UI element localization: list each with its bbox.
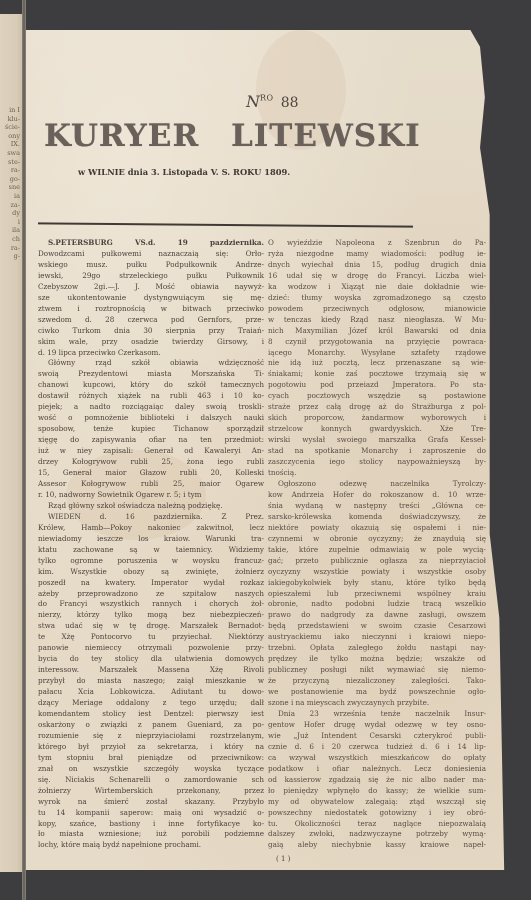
- text-line: szwedom d. 28 czerwca pod Gernfors, prze…: [38, 315, 264, 326]
- text-line: my od obywatelow zalegaią: ztąd wszczął …: [268, 797, 486, 808]
- text-line: nie idą iuż pocztą, lecz przenaszane są …: [268, 358, 486, 369]
- text-line: lochy, które maią bydź napełnione procha…: [38, 840, 264, 851]
- left-column: S.PETERSBURG VS.d. 19 pazdziernika.Dowod…: [38, 238, 264, 851]
- text-line: nierzy, którzy tylko mogą bez niebezpiec…: [38, 610, 264, 621]
- text-line: opieszałemi lub przeciwnemi wspólney kra…: [268, 589, 486, 600]
- text-line: dalszey zwłoki, nadzwyczayne potrzeby wy…: [268, 829, 486, 840]
- text-line: ciwko Turkom dnia 30 sierpnia przy Traia…: [38, 326, 264, 337]
- text-line: wskiego musz. pułku Podpułkownik Andrze-: [38, 260, 264, 271]
- text-line: r. 10, nadworny Sowietnik Ogarew r. 5; i…: [38, 490, 264, 501]
- text-line: xięgę do zapisywania ofiar na ten przedm…: [38, 435, 264, 446]
- text-line: komendantem stolicy iest Dentzel: pierws…: [38, 709, 264, 720]
- text-line: oyczyzny wszystkie powiaty i wszystkie o…: [268, 567, 486, 578]
- text-line: skich proporcow, żandarmow wyborowych i: [268, 413, 486, 424]
- text-line: ło miasta wzniesione; iuż porobili podzi…: [38, 829, 264, 840]
- prev-page-fragment: ch: [2, 235, 20, 243]
- text-line: się. Niciakis Schenarelli o zamordowanie…: [38, 775, 264, 786]
- text-line: cznie d. 6 i 20 czerwca tudzież d. 6 i 1…: [268, 742, 486, 753]
- text-line: sarsko-królewska komenda doświadczywszy,…: [268, 512, 486, 523]
- text-line: Dnia 23 września tenże naczelnik Insur-: [268, 709, 486, 720]
- text-line: Rząd główny szkoł oświadcza należną podz…: [38, 501, 264, 512]
- text-line: zaszczycenia iego stolicy naypoważnieysz…: [268, 457, 486, 468]
- text-line: trzebni. Opłata zaległego żołdu nastąpi …: [268, 643, 486, 654]
- text-line: austryackiemu iako nieczynni i kraiowi n…: [268, 632, 486, 643]
- text-line: podatkow i ofiar należnych. Lecz doniesi…: [268, 764, 486, 775]
- text-line: Ogłoszono odezwę naczelnika Tyrolczy-: [268, 479, 486, 490]
- text-line: gać; przeto publicznie ogłasza za nieprz…: [268, 556, 486, 567]
- text-line: 15, Generał maior Głazow rubli 20, Kolle…: [38, 468, 264, 479]
- text-line: będą przedstawieni w swoim czasie Cesarz…: [268, 621, 486, 632]
- prev-page-fragment: i: [2, 218, 20, 226]
- text-line: sze ukontentowanie dystyngwuiącym się mę…: [38, 293, 264, 304]
- text-line: tylko ogromne poruszenia w woysku francu…: [38, 556, 264, 567]
- text-line: strzelcow konnych gwardyyskich. Xże Tre-: [268, 424, 486, 435]
- prev-page-fragment: go-: [2, 175, 20, 183]
- text-line: straże przez całą drogę aż do Strażburga…: [268, 402, 486, 413]
- prev-page-fragment: ście-: [2, 123, 20, 131]
- text-line: ryża niezgodne mamy wiadomości: podług i…: [268, 249, 486, 260]
- text-line: interessow. Marszałek Massena Xżę Rivoli: [38, 665, 264, 676]
- text-line: ztwem i roztropnością w bitwach przeciwk…: [38, 304, 264, 315]
- text-line: skim wale, przy osadzie twierdzy Girsowy…: [38, 337, 264, 348]
- text-line: kopy, szańce, bastiony i inne fortyfikac…: [38, 819, 264, 830]
- text-line: ażeby przeprowadzono ze szpitalow naszyc…: [38, 589, 264, 600]
- text-line: do Francyi wszystkich rannych i chorych …: [38, 599, 264, 610]
- text-line: te Xżę Pontocorvo tu przyiechał. Niektór…: [38, 632, 264, 643]
- prev-page-fragment: IX.: [2, 140, 20, 148]
- text-line: którego był przyioł za sekretarza, i któ…: [38, 742, 264, 753]
- text-line: kim. Wszystkie obozy są zwinięte, żołnie…: [38, 567, 264, 578]
- text-line: wyrok na śmierć został skazany. Przybyło: [38, 797, 264, 808]
- text-line: iącego Monarchy. Wysyłane sztafety rządo…: [268, 348, 486, 359]
- text-line: kow Andrzeia Hofer do rokoszanow d. 10 w…: [268, 490, 486, 501]
- newspaper-title: KURYER LITEWSKI: [44, 118, 421, 154]
- text-line: dzący Meriage oddalony z tego urzędu; da…: [38, 698, 264, 709]
- text-line: dostawił różnych xiążek na rubli 463 i 1…: [38, 391, 264, 402]
- text-line: 16 udał się w drogę do Francyi. Liczba w…: [268, 271, 486, 282]
- text-line: od kassierow zgadzaią się że nic albo na…: [268, 775, 486, 786]
- text-line: niewiadomy ieszcze los kraiow. Warunki t…: [38, 534, 264, 545]
- text-line: rozumienie się z nieprzyiaciołami rozstr…: [38, 731, 264, 742]
- text-line: drzey Kołogrywow rubli 25, żona iego rub…: [38, 457, 264, 468]
- text-line: swoią Prezydentowi miasta Morszańska Ti-: [38, 369, 264, 380]
- text-line: Główny rząd szkół obiawia wdzięczność: [38, 358, 264, 369]
- text-line: tnością.: [268, 468, 486, 479]
- page-folio: ( 1 ): [276, 855, 290, 863]
- text-line: publiczney posługi nikt wymawiać się nie…: [268, 665, 486, 676]
- text-line: gentow Hofer drugę wydał odezwę w tey os…: [268, 720, 486, 731]
- text-line: ka wodzow i Xiąząt nie daie dokładnie wi…: [268, 282, 486, 293]
- text-line: prędzey ile tylko można będzie; wszakże …: [268, 654, 486, 665]
- text-line: O wyieździe Napoleona z Szenbrun do Pa-: [268, 238, 486, 249]
- text-line: stwa udać się w tę drogę. Marszałek Bern…: [38, 621, 264, 632]
- text-line: Dowodzcami pułkowemi naznaczaią się: Orł…: [38, 249, 264, 260]
- text-line: we postanowienie ma bydź powszechnie ogł…: [268, 687, 486, 698]
- text-line: takie, które zupełnie odmawiaią w pole w…: [268, 545, 486, 556]
- text-line: w tenczas kiedy Rząd nasz nieogłasza. W …: [268, 315, 486, 326]
- text-line: Czebyszow 2gi.—J. J. Mość obiawia naywyż…: [38, 282, 264, 293]
- text-line: przybył do miasta naszego; zaiął mieszka…: [38, 676, 264, 687]
- issue-prefix: N: [246, 92, 260, 111]
- text-line: iewski, 29go strzeleckiego pułku Pułkown…: [38, 271, 264, 282]
- text-line: szone i na mieyscach zwyczaynych przybit…: [268, 698, 486, 709]
- text-line: wość o pomnożenie biblioteki i dalszych …: [38, 413, 264, 424]
- text-line: obronie, nadto podobni ludzie tracą wsze…: [268, 599, 486, 610]
- text-line: S.PETERSBURG VS.d. 19 pazdziernika.: [38, 238, 264, 249]
- text-line: Assesor Kołogrywow rubli 25, maior Ogare…: [38, 479, 264, 490]
- prev-page-fragment: ste-: [2, 158, 20, 166]
- prev-page-fragment: ia: [2, 192, 20, 200]
- text-line: iakiegobykolwiek były stanu, które tylko…: [268, 578, 486, 589]
- prev-page-fragment: swa: [2, 149, 20, 157]
- previous-page-edge: in Iklu-ście-onyIX.swaste-ra-go-sneiaza-…: [0, 14, 24, 872]
- text-line: ktatu zachowane są w taiemnicy. Widziemy: [38, 545, 264, 556]
- page-fold: [22, 0, 26, 900]
- prev-page-fragment: sne: [2, 183, 20, 191]
- dateline: w WILNIE dnia 3. Listopada V. S. ROKU 18…: [78, 167, 290, 177]
- text-line: dnych wyiechał dnia 15, podług drugich d…: [268, 260, 486, 271]
- text-line: żołnierzy Wirtemberskich przekonany, prz…: [38, 786, 264, 797]
- text-line: gaią aleby niechybnie kassy kraiowe nape…: [268, 840, 486, 851]
- prev-page-fragment: in I: [2, 106, 20, 114]
- text-line: Królew, Hamb—Pokoy nakoniec zakwitnoł, l…: [38, 523, 264, 534]
- text-line: dzieć: tłumy woyska zgromadzonego są czę…: [268, 293, 486, 304]
- text-line: sposobow, tenże kupiec Tichanow sporządz…: [38, 424, 264, 435]
- text-line: powodem przeciwnych odgłosow, mianowicie: [268, 304, 486, 315]
- text-line: że przyczyną niezaliczoney zaległości. T…: [268, 676, 486, 687]
- text-line: oskarżony o związki z panem Gueniard, za…: [38, 720, 264, 731]
- text-line: pałacu Xcia Lobkowicza. Adiutant tu dowo…: [38, 687, 264, 698]
- text-line: tym stopniu brał pieniądze od przeciwnik…: [38, 753, 264, 764]
- text-line: 8 czynił przygotowania na przyięcie powr…: [268, 337, 486, 348]
- text-line: ło pieniędzy wpłynęło do kassy; że wielk…: [268, 786, 486, 797]
- text-line: tu. Okoliczności teraz naglące niepozwal…: [268, 819, 486, 830]
- text-line: cyach pocztowych wszędzie są postawione: [268, 391, 486, 402]
- prev-page-fragment: klu-: [2, 115, 20, 123]
- text-line: niektóre powiaty okazuią się ospałemi i …: [268, 523, 486, 534]
- text-line: wirski wysłał swoiego marszałka Grafa Ke…: [268, 435, 486, 446]
- text-line: śniakami; konie zaś pocztowe trzymaią si…: [268, 369, 486, 380]
- text-line: bycia do tey stolicy dla ułatwienia domo…: [38, 654, 264, 665]
- text-line: ca wzywał wszystkich mieszkańcow do opła…: [268, 753, 486, 764]
- issue-number-value: 88: [281, 95, 299, 111]
- text-line: stad na spotkanie Monarchy i zaproszenie…: [268, 446, 486, 457]
- text-line: nich Maxymilian Józef król Bawarski od d…: [268, 326, 486, 337]
- text-line: tu 14 kompanii saperow: maią oni wysadzi…: [38, 808, 264, 819]
- text-line: znał on wszystkie szczegóły woyska tyczą…: [38, 764, 264, 775]
- text-line: pogotowiu pod przeiazd Jmperatora. Po st…: [268, 380, 486, 391]
- prev-page-fragment: g-: [2, 252, 20, 260]
- text-line: iuż w niey zapisali: Generał od Kawalery…: [38, 446, 264, 457]
- text-line: powszechny niedostatek gotowizny i iey o…: [268, 808, 486, 819]
- prev-page-fragment: dy: [2, 209, 20, 217]
- text-line: panowie niemieccy otrzymali pozwolenie p…: [38, 643, 264, 654]
- prev-page-fragment: ony: [2, 132, 20, 140]
- text-line: czynnemi w obronie oyczyzny; że znayduią…: [268, 534, 486, 545]
- newspaper-page: NRO 88 KURYER LITEWSKI w WILNIE dnia 3. …: [26, 30, 509, 870]
- prev-page-fragment: ila: [2, 226, 20, 234]
- prev-page-fragment: za-: [2, 201, 20, 209]
- issue-sup: RO: [260, 94, 274, 103]
- text-line: WIEDEN d. 16 pazdziernika. Z Prez.: [38, 512, 264, 523]
- masthead-rule: [38, 222, 413, 227]
- text-line: poszedł na kwatery. Imperator wydał rozk…: [38, 578, 264, 589]
- issue-number: NRO 88: [246, 92, 299, 111]
- text-line: śnia wydaną w następny treści „Główna ce…: [268, 501, 486, 512]
- prev-page-fragment: ra-: [2, 166, 20, 174]
- text-line: wie „Już Intendent Cesarski czterykroć p…: [268, 731, 486, 742]
- right-column: O wyieździe Napoleona z Szenbrun do Pa-r…: [268, 238, 486, 851]
- prev-page-fragment: ra-: [2, 244, 20, 252]
- text-line: chanowi kupcowi, który do szkół tameczny…: [38, 380, 264, 391]
- text-line: prawo do nadgrody za dawne zasługi, owsz…: [268, 610, 486, 621]
- text-line: d. 19 lipca przeciwko Czerkasom.: [38, 348, 264, 359]
- text-line: piejek; a nadto rozciągaiąc daley swoią …: [38, 402, 264, 413]
